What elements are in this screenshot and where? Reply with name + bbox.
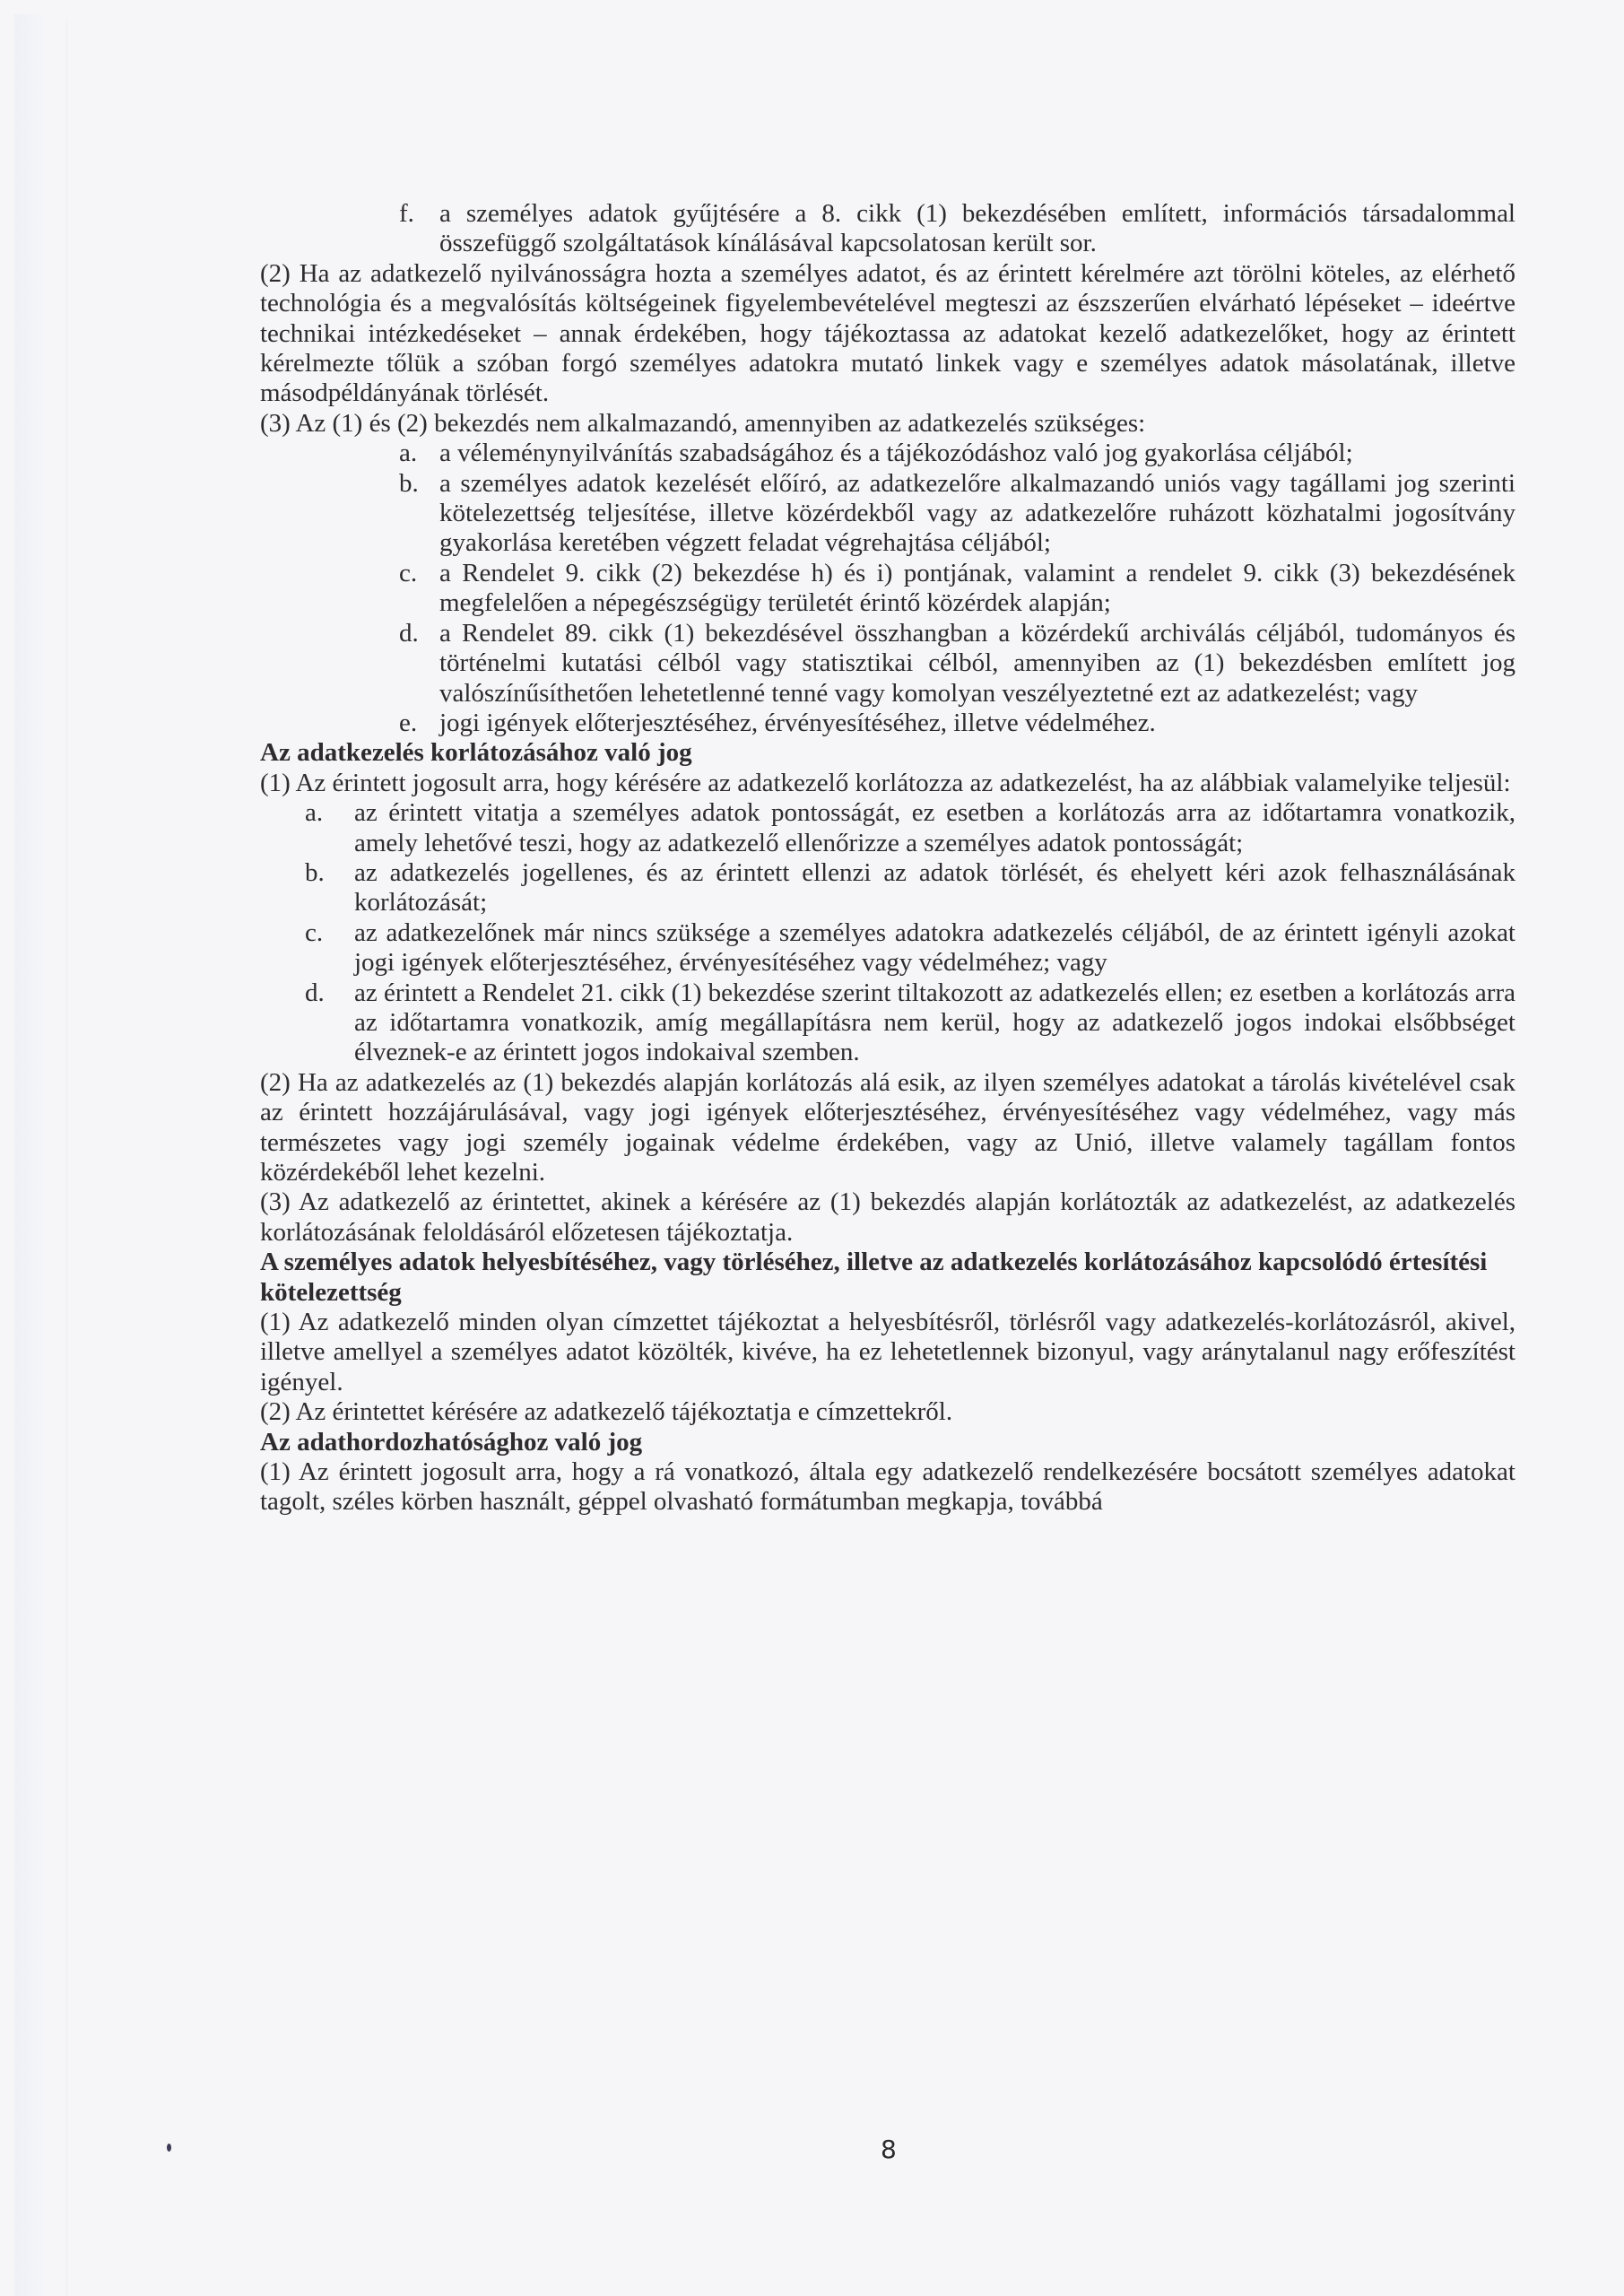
restriction-conditions-list: a. az érintett vitatja a személyes adato… xyxy=(260,798,1515,1068)
list-item: e. jogi igények előterjesztéséhez, érvén… xyxy=(260,709,1515,738)
list-item: c. az adatkezelőnek már nincs szüksége a… xyxy=(260,918,1515,978)
page-content: f. a személyes adatok gyűjtésére a 8. ci… xyxy=(260,199,1515,1518)
list-marker: e. xyxy=(399,709,417,738)
list-item: a. a véleménynyilvánítás szabadságához é… xyxy=(260,439,1515,468)
list-item: d. a Rendelet 89. cikk (1) bekezdésével … xyxy=(260,619,1515,709)
notification-paragraph-1: (1) Az adatkezelő minden olyan címzettet… xyxy=(260,1308,1515,1397)
list-item-text: az adatkezelőnek már nincs szüksége a sz… xyxy=(354,918,1515,977)
list-marker: f. xyxy=(399,199,414,229)
list-marker: d. xyxy=(399,619,419,648)
paragraph-2: (2) Ha az adatkezelő nyilvánosságra hozt… xyxy=(260,259,1515,409)
restriction-paragraph-1: (1) Az érintett jogosult arra, hogy kéré… xyxy=(260,769,1515,798)
list-item: d. az érintett a Rendelet 21. cikk (1) b… xyxy=(260,978,1515,1068)
list-marker: d. xyxy=(305,978,325,1008)
paragraph-3: (3) Az (1) és (2) bekezdés nem alkalmaza… xyxy=(260,409,1515,439)
scan-edge-shadow xyxy=(14,14,45,2296)
list-item: b. az adatkezelés jogellenes, és az érin… xyxy=(260,858,1515,918)
list-marker: c. xyxy=(305,918,323,948)
scanned-page: f. a személyes adatok gyűjtésére a 8. ci… xyxy=(0,0,1624,2296)
continued-list: f. a személyes adatok gyűjtésére a 8. ci… xyxy=(260,199,1515,259)
list-item-text: az adatkezelés jogellenes, és az érintet… xyxy=(354,858,1515,917)
list-item-text: jogi igények előterjesztéséhez, érvényes… xyxy=(439,709,1156,737)
notification-paragraph-2: (2) Az érintettet kérésére az adatkezelő… xyxy=(260,1397,1515,1427)
scan-speck xyxy=(167,2144,171,2152)
list-item-text: a személyes adatok kezelését előíró, az … xyxy=(439,469,1515,558)
list-item-text: a véleménynyilvánítás szabadságához és a… xyxy=(439,439,1353,467)
list-item-text: az érintett a Rendelet 21. cikk (1) beke… xyxy=(354,978,1515,1067)
section-heading-notification: A személyes adatok helyesbítéséhez, vagy… xyxy=(260,1248,1515,1308)
section-heading-restriction: Az adatkezelés korlátozásához való jog xyxy=(260,738,1515,768)
list-item: c. a Rendelet 9. cikk (2) bekezdése h) é… xyxy=(260,559,1515,619)
list-marker: a. xyxy=(305,798,323,828)
list-marker: c. xyxy=(399,559,417,588)
list-marker: b. xyxy=(305,858,325,888)
list-item: f. a személyes adatok gyűjtésére a 8. ci… xyxy=(260,199,1515,259)
list-marker: b. xyxy=(399,469,419,499)
page-number: 8 xyxy=(881,2135,897,2164)
list-item-text: az érintett vitatja a személyes adatok p… xyxy=(354,798,1515,857)
list-item: a. az érintett vitatja a személyes adato… xyxy=(260,798,1515,858)
list-marker: a. xyxy=(399,439,417,468)
restriction-paragraph-2: (2) Ha az adatkezelés az (1) bekezdés al… xyxy=(260,1068,1515,1188)
list-item-text: a Rendelet 9. cikk (2) bekezdése h) és i… xyxy=(439,559,1515,617)
scan-artifact-line xyxy=(66,18,67,2296)
exceptions-list: a. a véleménynyilvánítás szabadságához é… xyxy=(260,439,1515,738)
list-item: b. a személyes adatok kezelését előíró, … xyxy=(260,469,1515,559)
portability-paragraph-1: (1) Az érintett jogosult arra, hogy a rá… xyxy=(260,1457,1515,1518)
restriction-paragraph-3: (3) Az adatkezelő az érintettet, akinek … xyxy=(260,1187,1515,1248)
list-item-text: a személyes adatok gyűjtésére a 8. cikk … xyxy=(439,199,1515,257)
section-heading-portability: Az adathordozhatósághoz való jog xyxy=(260,1428,1515,1457)
list-item-text: a Rendelet 89. cikk (1) bekezdésével öss… xyxy=(439,619,1515,708)
